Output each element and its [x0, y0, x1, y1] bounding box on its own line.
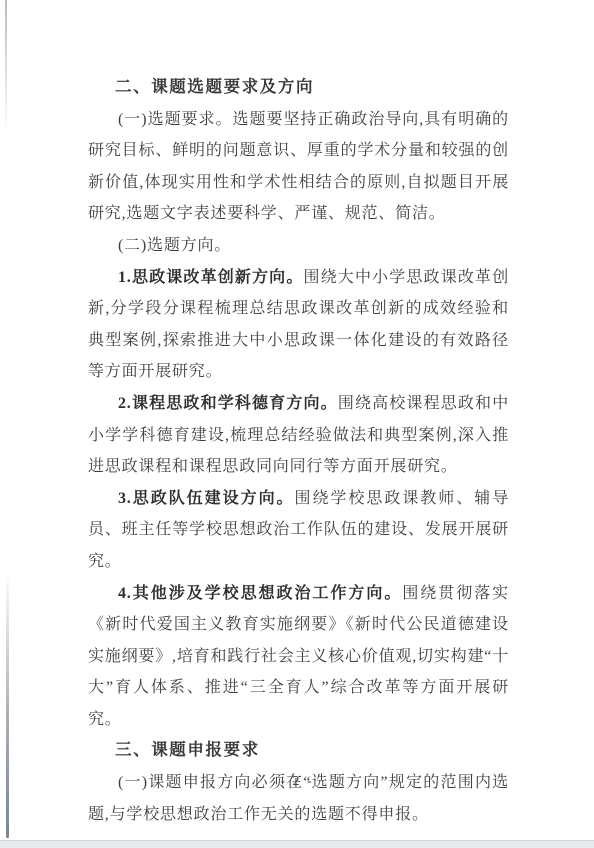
scan-artifact-bottom-edge — [0, 840, 594, 848]
direction-4-body: 围绕贯彻落实《新时代爱国主义教育实施纲要》《新时代公民道德建设实施纲要》,培育和… — [88, 585, 509, 728]
paragraph-selection-requirements: (一)选题要求。选题要坚持正确政治导向,具有明确的研究目标、鲜明的问题意识、厚重… — [88, 104, 509, 230]
direction-3-title: 3.思政队伍建设方向。 — [118, 490, 295, 507]
scan-artifact-left-edge-bottom — [6, 570, 9, 838]
paragraph-direction-3: 3.思政队伍建设方向。围绕学校思政课教师、辅导员、班主任等学校思想政治工作队伍的… — [88, 483, 509, 578]
direction-1-title: 1.思政课改革创新方向。 — [118, 269, 304, 286]
section-heading-topic-selection-requirements: 二、课题选题要求及方向 — [88, 72, 509, 104]
paragraph-selection-directions-label: (二)选题方向。 — [88, 230, 509, 262]
paragraph-direction-4: 4.其他涉及学校思想政治工作方向。围绕贯彻落实《新时代爱国主义教育实施纲要》《新… — [88, 578, 509, 736]
paragraph-direction-1: 1.思政课改革创新方向。围绕大中小学思政课改革创新,分学段分课程梳理总结思政课改… — [88, 262, 509, 388]
direction-2-title: 2.课程思政和学科德育方向。 — [118, 395, 338, 412]
paragraph-direction-2: 2.课程思政和学科德育方向。围绕高校课程思政和中小学学科德育建设,梳理总结经验做… — [88, 388, 509, 483]
section-heading-application-requirements: 三、课题申报要求 — [88, 735, 509, 767]
page-number: - 2 - — [0, 774, 594, 790]
scanned-document-page: 二、课题选题要求及方向 (一)选题要求。选题要坚持正确政治导向,具有明确的研究目… — [0, 0, 594, 848]
document-body: 二、课题选题要求及方向 (一)选题要求。选题要坚持正确政治导向,具有明确的研究目… — [88, 72, 509, 830]
direction-4-title: 4.其他涉及学校思想政治工作方向。 — [118, 585, 402, 602]
scan-artifact-left-edge-top — [5, 0, 7, 135]
